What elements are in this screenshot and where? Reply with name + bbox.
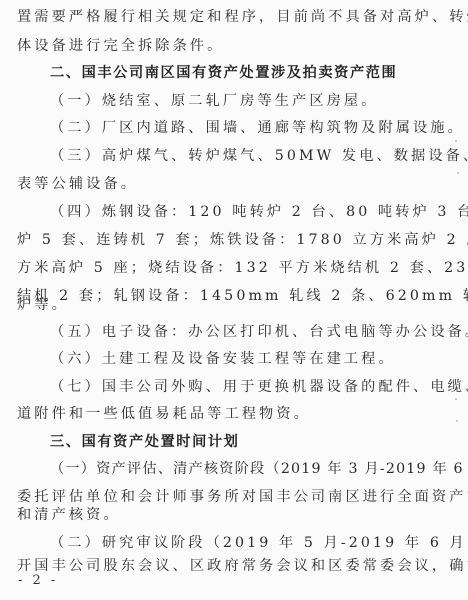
document-page: 置需要严格履行相关规定和程序，目前尚不具备对高炉、转炉主 体设备进行完全拆除条件…	[0, 0, 468, 600]
list-item-6: （六）土建工程及设备安装工程等在建工程。	[50, 350, 411, 368]
list-item-7: （七）国丰公司外购、用于更换机器设备的配件、电缆、管	[50, 378, 411, 396]
paragraph-line: 方米高炉 5 座；烧结设备：132 平方米烧结机 2 套、230 平方米烧	[17, 259, 411, 277]
paragraph-line: 炉 5 套、连铸机 7 套；炼铁设备：1780 立方米高炉 2 座、450 立	[17, 231, 411, 249]
plan-item-2: （二）研究审议阶段（2019 年 5 月-2019 年 6 月）。组织召	[50, 534, 411, 552]
scan-speck	[457, 172, 459, 174]
scan-speck	[455, 140, 457, 142]
paragraph-line: 和清产核资。	[17, 506, 411, 524]
plan-item-1: （一）资产评估、清产核资阶段（2019 年 3 月-2019 年 6 月）。	[50, 460, 411, 478]
paragraph-line: 道附件和一些低值易耗品等工程物资。	[17, 405, 411, 423]
section-heading-3: 三、国有资产处置时间计划	[50, 433, 411, 451]
paragraph-line: 炉等。	[17, 296, 411, 314]
list-item-3: （三）高炉煤气、转炉煤气、50MW 发电、数据设备、现场仪	[50, 147, 411, 165]
list-item-1: （一）烧结室、原二轧厂房等生产区房屋。	[50, 92, 411, 110]
list-item-5: （五）电子设备：办公区打印机、台式电脑等办公设备。	[50, 323, 411, 341]
scan-speck	[456, 420, 458, 422]
paragraph-line: 开国丰公司股东会议、区政府常务会议和区委常委会议，确认评	[17, 557, 411, 575]
paragraph-line: 置需要严格履行相关规定和程序，目前尚不具备对高炉、转炉主	[17, 8, 411, 26]
paragraph-line: 委托评估单位和会计师事务所对国丰公司南区进行全面资产评估	[17, 488, 411, 506]
list-item-2: （二）厂区内道路、围墙、通廊等构筑物及附属设施。	[50, 119, 411, 137]
page-number: - 2 -	[18, 573, 58, 588]
paragraph-line: 表等公辅设备。	[17, 175, 411, 193]
paragraph-line: 体设备进行完全拆除条件。	[17, 37, 411, 55]
section-heading-2: 二、国丰公司南区国有资产处置涉及拍卖资产范围	[50, 64, 411, 82]
scan-speck	[455, 398, 457, 400]
list-item-4: （四）炼钢设备：120 吨转炉 2 台、80 吨转炉 3 台、LF 精炼	[50, 203, 411, 221]
